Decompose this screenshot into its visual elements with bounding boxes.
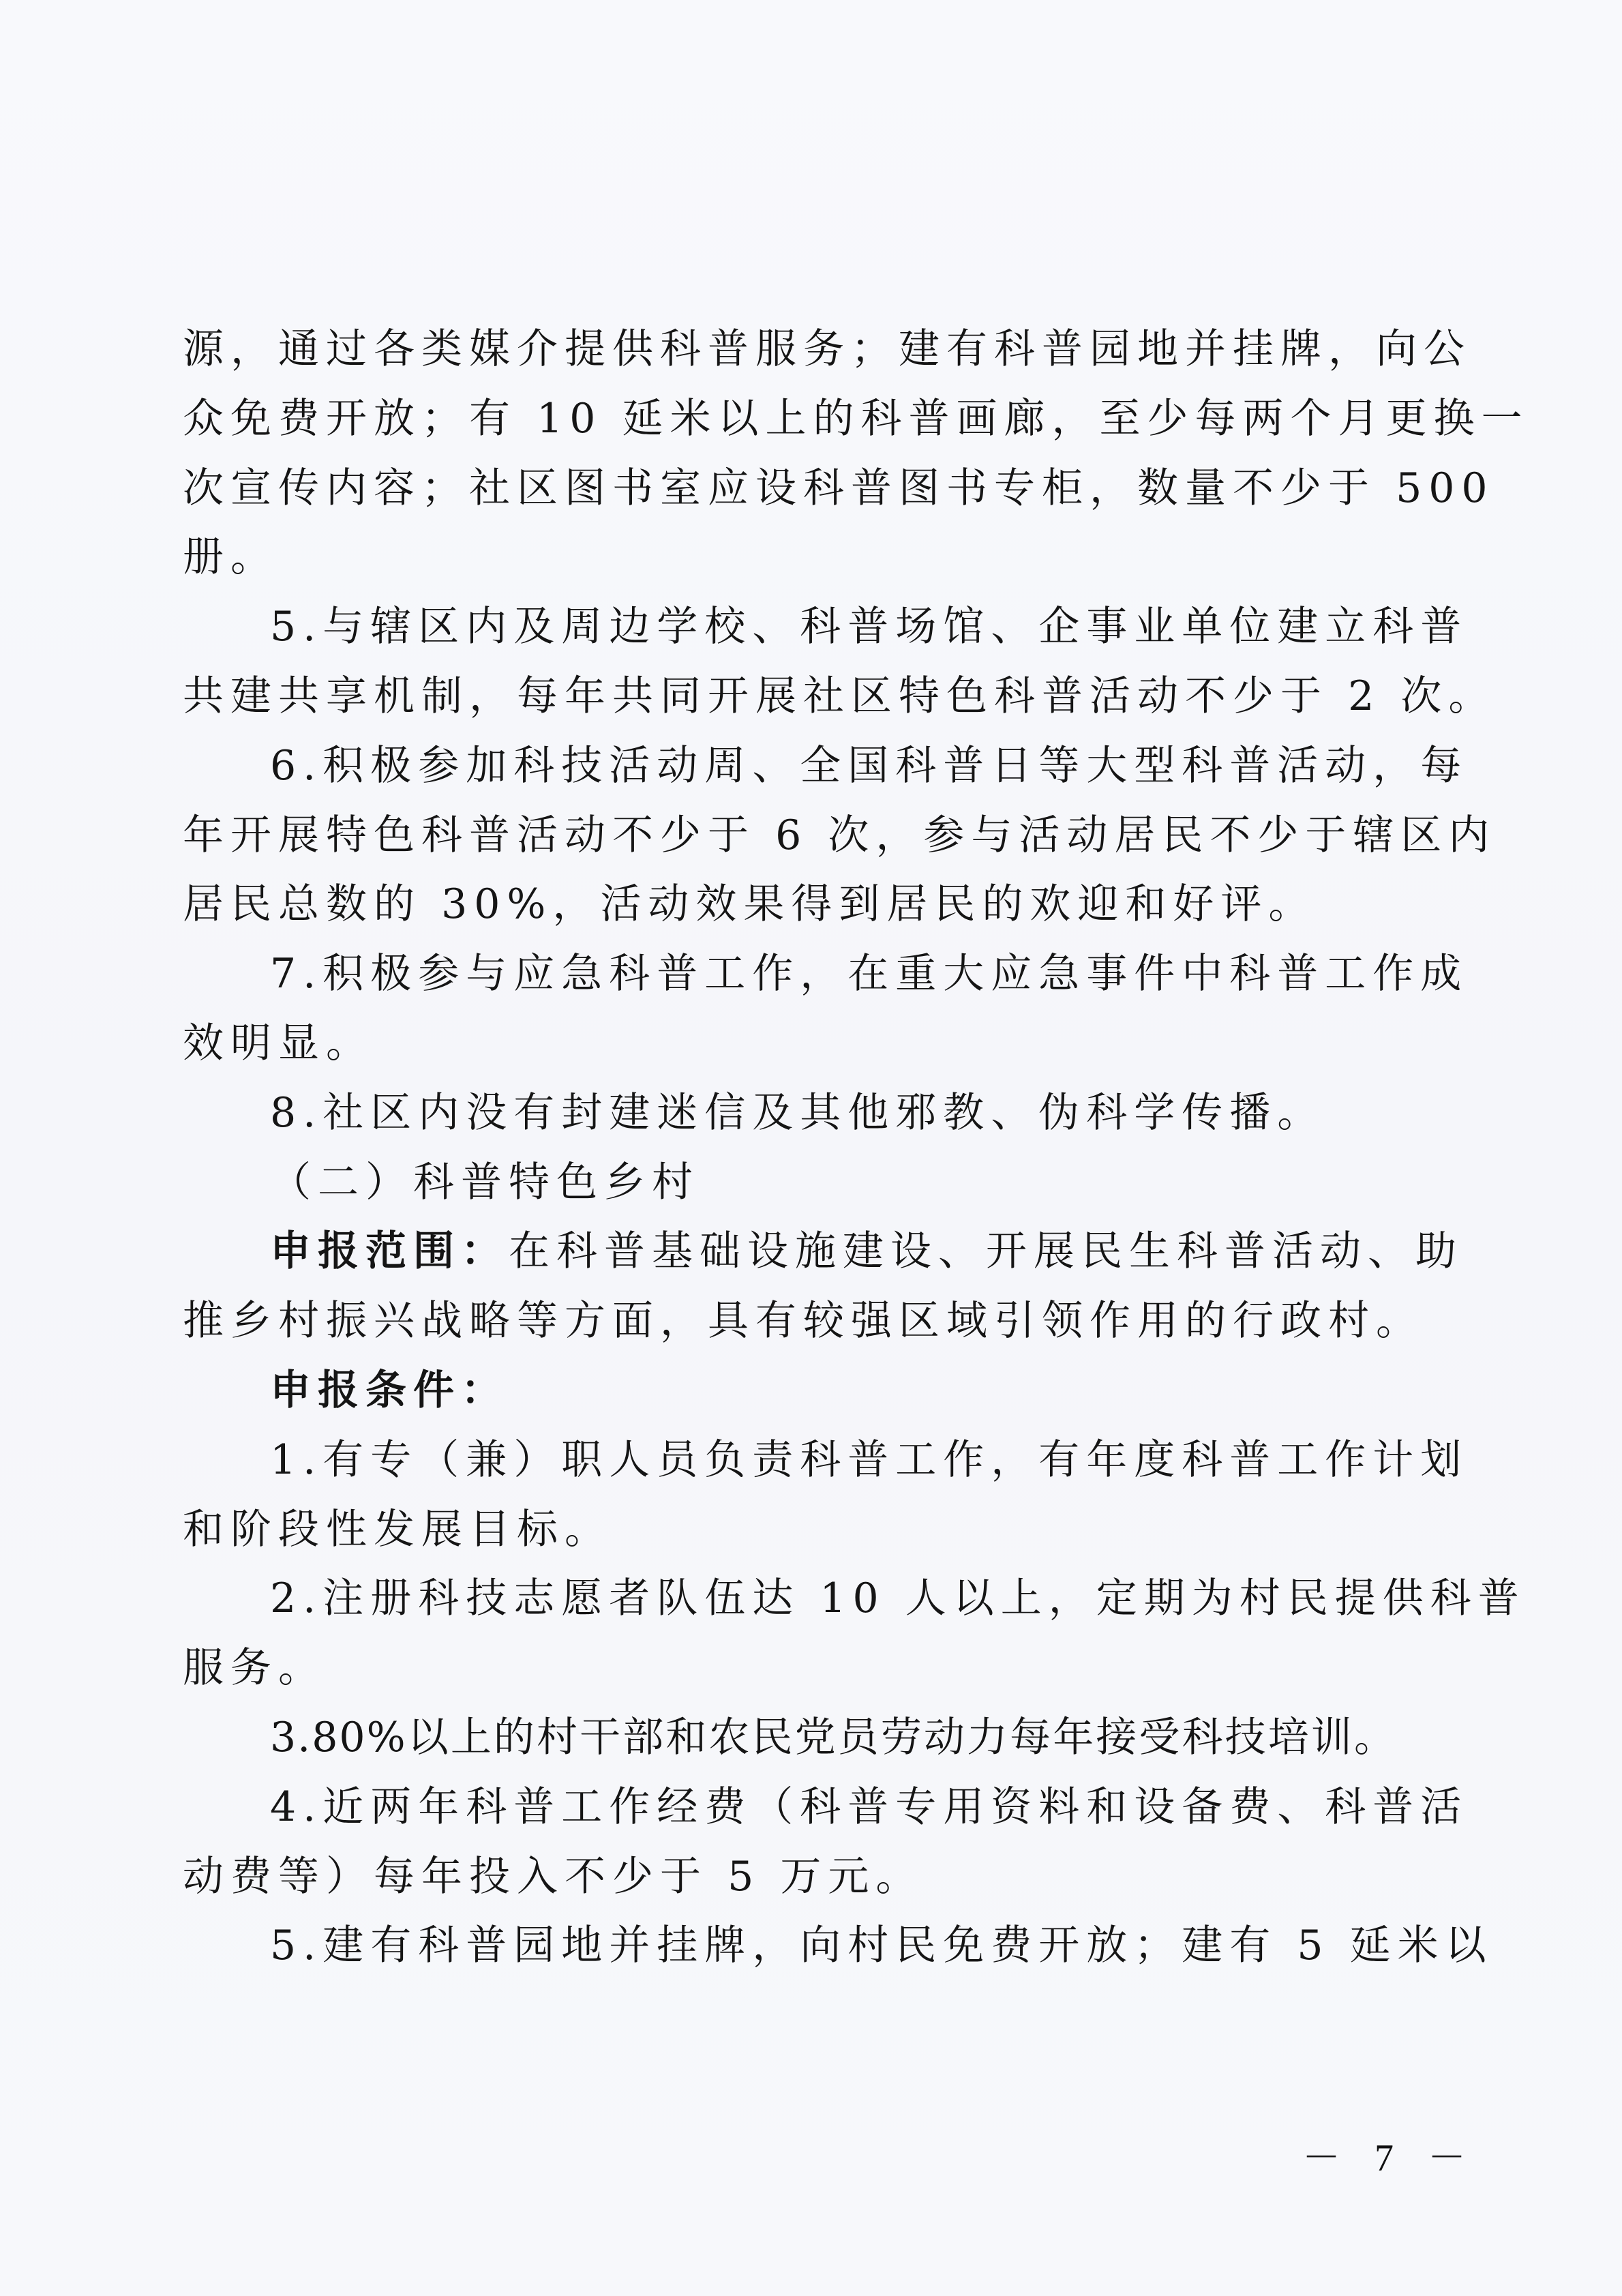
text-line: 和阶段性发展目标。 (183, 1495, 1396, 1565)
text-line: 居民总数的 30%，活动效果得到居民的欢迎和好评。 (183, 870, 1396, 940)
document-body: 源，通过各类媒介提供科普服务；建有科普园地并挂牌，向公 众免费开放；有 10 延… (183, 315, 1396, 1981)
text-line: 次宣传内容；社区图书室应设科普图书专柜，数量不少于 500 (183, 454, 1396, 524)
conditions-label: 申报条件： (270, 1367, 509, 1414)
section-heading: （二）科普特色乡村 (183, 1148, 1396, 1218)
text-line: 推乡村振兴战略等方面，具有较强区域引领作用的行政村。 (183, 1287, 1396, 1356)
list-item-5-village: 5.建有科普园地并挂牌，向村民免费开放；建有 5 延米以 (183, 1911, 1396, 1981)
document-page: 源，通过各类媒介提供科普服务；建有科普园地并挂牌，向公 众免费开放；有 10 延… (0, 0, 1622, 2296)
text-line: 动费等）每年投入不少于 5 万元。 (183, 1843, 1396, 1912)
list-item-3-village: 3.80%以上的村干部和农民党员劳动力每年接受科技培训。 (183, 1703, 1396, 1773)
text-line: 效明显。 (183, 1009, 1396, 1079)
text-line: 源，通过各类媒介提供科普服务；建有科普园地并挂牌，向公 (183, 315, 1396, 385)
list-item-5-community: 5.与辖区内及周边学校、科普场馆、企事业单位建立科普 (183, 593, 1396, 662)
text-line: 共建共享机制，每年共同开展社区特色科普活动不少于 2 次。 (183, 662, 1396, 732)
application-scope: 申报范围：在科普基础设施建设、开展民生科普活动、助 (183, 1217, 1396, 1287)
scope-text: 在科普基础设施建设、开展民生科普活动、助 (509, 1227, 1463, 1275)
list-item-2-village: 2.注册科技志愿者队伍达 10 人以上，定期为村民提供科普 (183, 1564, 1396, 1634)
text-line: 众免费开放；有 10 延米以上的科普画廊，至少每两个月更换一 (183, 385, 1396, 454)
list-item-7-community: 7.积极参与应急科普工作，在重大应急事件中科普工作成 (183, 940, 1396, 1009)
application-conditions-heading: 申报条件： (183, 1356, 1396, 1426)
page-number: － 7 － (1302, 2128, 1478, 2182)
text-line: 服务。 (183, 1634, 1396, 1703)
list-item-4-village: 4.近两年科普工作经费（科普专用资料和设备费、科普活 (183, 1773, 1396, 1843)
list-item-8-community: 8.社区内没有封建迷信及其他邪教、伪科学传播。 (183, 1079, 1396, 1148)
text-line: 年开展特色科普活动不少于 6 次，参与活动居民不少于辖区内 (183, 801, 1396, 871)
list-item-6-community: 6.积极参加科技活动周、全国科普日等大型科普活动，每 (183, 732, 1396, 801)
scope-label: 申报范围： (270, 1227, 509, 1275)
list-item-1-village: 1.有专（兼）职人员负责科普工作，有年度科普工作计划 (183, 1426, 1396, 1495)
text-line: 册。 (183, 523, 1396, 593)
